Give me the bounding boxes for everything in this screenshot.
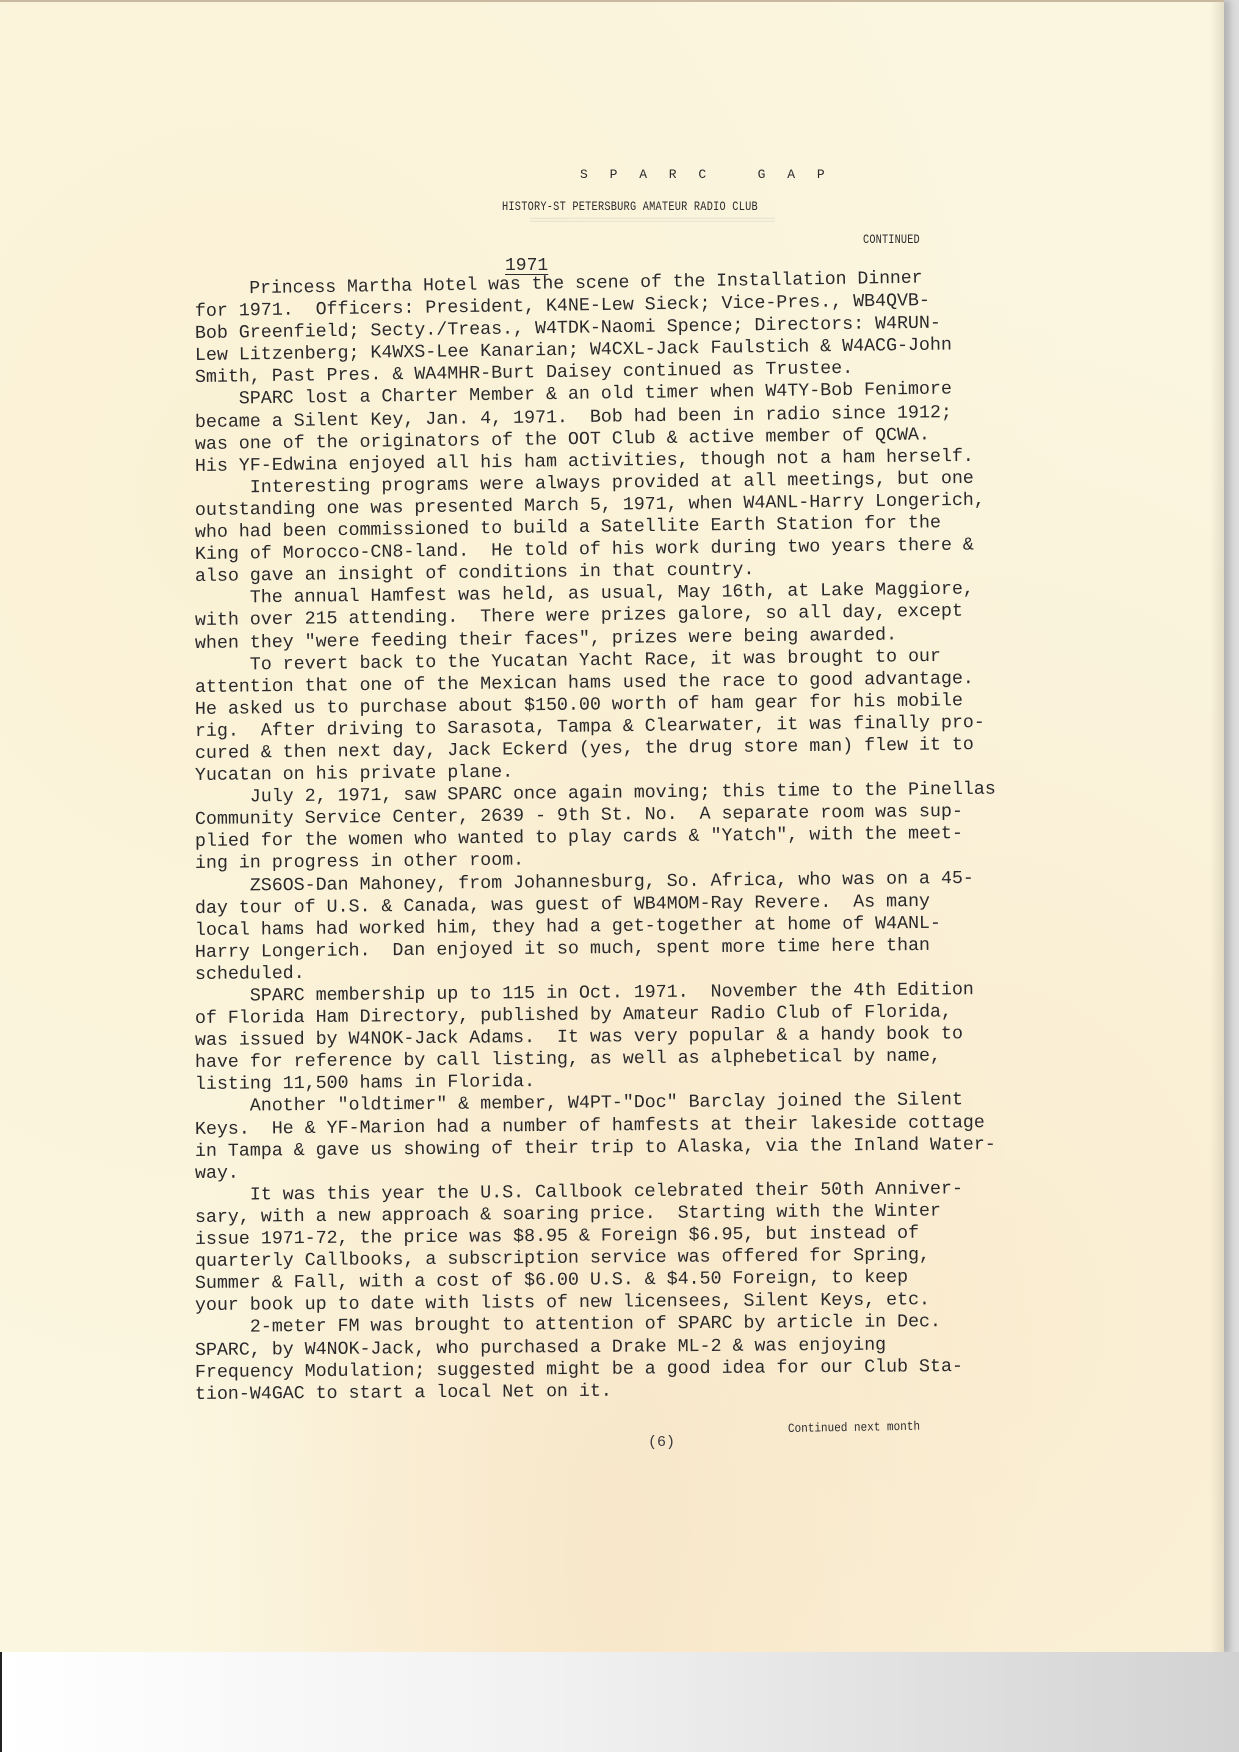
masthead-subtitle: HISTORY-ST PETERSBURG AMATEUR RADIO CLUB: [502, 201, 758, 214]
article-body: Princess Martha Hotel was the scene of t…: [195, 280, 1125, 1407]
masthead-title: S P A R C G A P: [580, 168, 832, 181]
reverse-side-bleed-through: ════════════════════════: [520, 212, 785, 231]
continued-label: CONTINUED: [863, 234, 920, 247]
page-edge-shadow: [1210, 2, 1224, 1652]
page-number: (6): [648, 1434, 675, 1451]
section-year-heading: 1971: [505, 256, 548, 276]
scanner-background: [0, 1652, 1239, 1752]
continued-next-month-note: Continued next month: [788, 1420, 920, 1436]
scan-edge-line: [0, 1652, 2, 1752]
document-page: ════════════════════════ S P A R C G A P…: [0, 0, 1224, 1654]
